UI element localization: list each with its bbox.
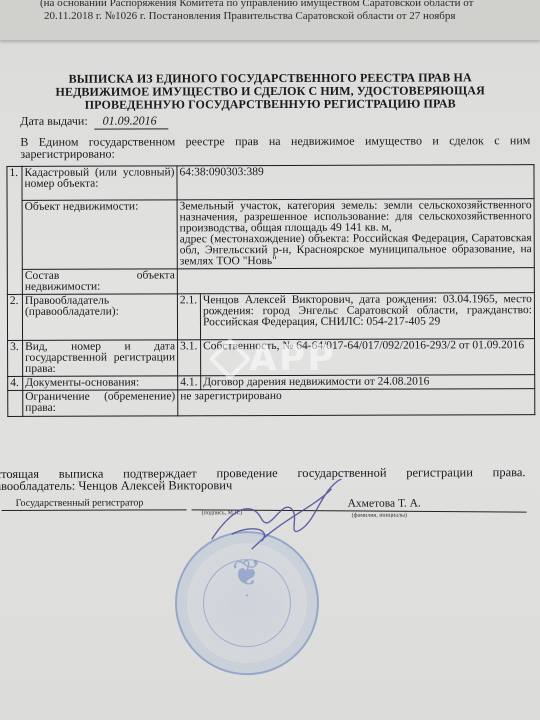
cadastral-number: 64:38:090303:389 bbox=[177, 165, 534, 200]
table-row: Объект недвижимости: Земельный участок, … bbox=[7, 199, 534, 270]
previous-page-strip: (на основании Распоряжения Комитета по у… bbox=[0, 0, 540, 40]
sub-number: 3.1. bbox=[178, 340, 201, 376]
property-address-text: адрес (местонахождение) объекта: Российс… bbox=[180, 233, 532, 267]
property-description-text: Земельный участок, категория земель: зем… bbox=[180, 200, 532, 234]
sub-number: 2.1. bbox=[177, 294, 200, 340]
registry-extract-document: ВЫПИСКА ИЗ ЕДИНОГО ГОСУДАРСТВЕННОГО РЕЕС… bbox=[0, 38, 540, 720]
property-description: Земельный участок, категория земель: зем… bbox=[177, 199, 534, 269]
issue-date-value: 01.09.2016 bbox=[95, 113, 169, 129]
property-composition bbox=[177, 268, 534, 294]
row-label: Объект недвижимости: bbox=[22, 200, 177, 270]
registrar-label: Государственный регистратор bbox=[16, 498, 144, 509]
row-label: Кадастровый (или условный) номер объекта… bbox=[22, 166, 177, 201]
registration-record: Собственность, № 64-64/017-64/017/092/20… bbox=[201, 339, 535, 376]
registry-table: 1. Кадастровый (или условный) номер объе… bbox=[6, 164, 535, 417]
table-row: 1. Кадастровый (или условный) номер объе… bbox=[7, 165, 534, 201]
header-note-line-2: 20.11.2018 г. №1026 г. Постановления Пра… bbox=[44, 10, 455, 22]
row-number: 4. bbox=[8, 376, 23, 390]
row-label: Состав объекта недвижимости: bbox=[22, 269, 177, 295]
row-number: 1. bbox=[7, 166, 22, 294]
issue-date-row: Дата выдачи: 01.09.2016 bbox=[20, 113, 168, 130]
row-number: 2. bbox=[7, 294, 22, 340]
row-label: Документы-основания: bbox=[23, 376, 178, 391]
intro-text: В Едином государственном реестре прав на… bbox=[20, 134, 530, 160]
handwritten-signature-icon bbox=[192, 479, 372, 560]
table-row: Состав объекта недвижимости: bbox=[7, 268, 534, 295]
issue-date-label: Дата выдачи: bbox=[20, 114, 87, 128]
table-row: Ограничение (обременение) права: не заре… bbox=[8, 389, 535, 417]
right-holder-details: Ченцов Алексей Викторович, дата рождения… bbox=[200, 293, 534, 340]
table-row: 3. Вид, номер и дата государственной рег… bbox=[8, 339, 535, 377]
title-line-3: ПРОВЕДЕННУЮ ГОСУДАРСТВЕННУЮ РЕГИСТРАЦИЮ … bbox=[0, 97, 540, 112]
table-row: 2. Правообладатель (правообладатели): 2.… bbox=[7, 293, 534, 341]
row-number bbox=[8, 390, 23, 416]
basis-document: Договор дарения недвижимости от 24.08.20… bbox=[201, 375, 535, 390]
row-number: 3. bbox=[8, 340, 23, 376]
encumbrance-value: не зарегистрировано bbox=[178, 389, 535, 416]
row-label: Вид, номер и дата государственной регист… bbox=[23, 340, 178, 377]
registrar-underline bbox=[2, 509, 187, 511]
row-label: Ограничение (обременение) права: bbox=[23, 390, 178, 417]
stamp-text: ✦ bbox=[177, 593, 317, 599]
document-title: ВЫПИСКА ИЗ ЕДИНОГО ГОСУДАРСТВЕННОГО РЕЕС… bbox=[0, 71, 540, 112]
row-label: Правообладатель (правообладатели): bbox=[22, 294, 177, 341]
header-note-line-1: (на основании Распоряжения Комитета по у… bbox=[40, 0, 473, 9]
sub-number: 4.1. bbox=[178, 376, 201, 390]
